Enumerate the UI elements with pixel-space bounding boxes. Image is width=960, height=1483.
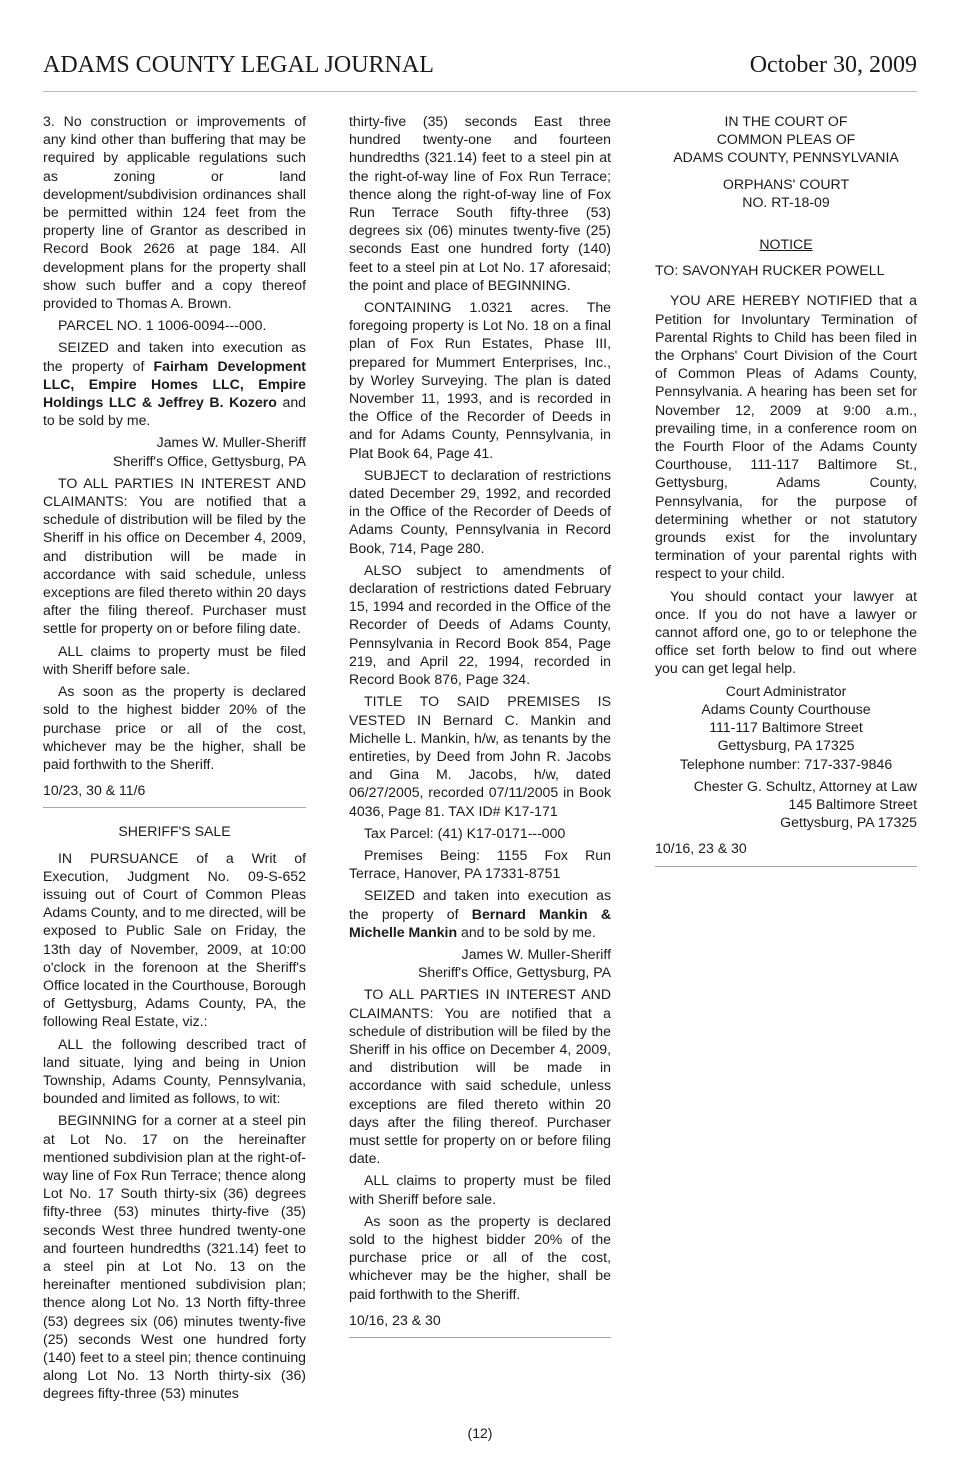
column-2: thirty-five (35) seconds East three hund… <box>349 112 611 1352</box>
seized-paragraph: SEIZED and taken into execution as the p… <box>349 886 611 941</box>
court-heading-line-1: IN THE COURT OF <box>655 112 917 130</box>
title-vested-paragraph: TITLE TO SAID PREMISES IS VESTED IN Bern… <box>349 692 611 819</box>
section-divider <box>349 1337 611 1338</box>
attorney-name: Chester G. Schultz, Attorney at Law <box>655 777 917 795</box>
admin-line-4: Gettysburg, PA 17325 <box>655 736 917 754</box>
journal-header: ADAMS COUNTY LEGAL JOURNAL October 30, 2… <box>43 52 917 84</box>
notice-heading: NOTICE <box>655 235 917 253</box>
sheriff-signature-office: Sheriff's Office, Gettysburg, PA <box>43 452 306 470</box>
column-1: 3. No construction or improvements of an… <box>43 112 306 1407</box>
journal-title: ADAMS COUNTY LEGAL JOURNAL <box>43 52 434 79</box>
publication-dates: 10/16, 23 & 30 <box>655 839 917 857</box>
section-divider <box>43 807 306 808</box>
publication-dates: 10/16, 23 & 30 <box>349 1311 611 1329</box>
notice-recipient: TO: SAVONYAH RUCKER POWELL <box>655 261 917 279</box>
notified-paragraph: YOU ARE HEREBY NOTIFIED that a Petition … <box>655 291 917 582</box>
restriction-paragraph: 3. No construction or improvements of an… <box>43 112 306 312</box>
section-divider <box>655 866 917 867</box>
boundary-continued-paragraph: thirty-five (35) seconds East three hund… <box>349 112 611 294</box>
to-all-parties-paragraph: TO ALL PARTIES IN INTEREST AND CLAIMANTS… <box>43 474 306 638</box>
publication-dates: 10/23, 30 & 11/6 <box>43 781 306 799</box>
parcel-number: PARCEL NO. 1 1006-0094---000. <box>43 316 306 334</box>
attorney-street: 145 Baltimore Street <box>655 795 917 813</box>
also-subject-paragraph: ALSO subject to amendments of declaratio… <box>349 561 611 688</box>
all-claims-paragraph: ALL claims to property must be filed wit… <box>349 1171 611 1207</box>
sheriff-signature-name: James W. Muller-Sheriff <box>349 945 611 963</box>
orphans-court-line-2: NO. RT-18-09 <box>655 193 917 211</box>
court-heading-line-2: COMMON PLEAS OF <box>655 130 917 148</box>
premises-paragraph: Premises Being: 1155 Fox Run Terrace, Ha… <box>349 846 611 882</box>
sheriffs-sale-heading: SHERIFF'S SALE <box>43 822 306 840</box>
spacer <box>655 211 917 235</box>
to-all-parties-paragraph: TO ALL PARTIES IN INTEREST AND CLAIMANTS… <box>349 985 611 1167</box>
admin-line-2: Adams County Courthouse <box>655 700 917 718</box>
spacer <box>655 167 917 175</box>
subject-paragraph: SUBJECT to declaration of restrictions d… <box>349 466 611 557</box>
admin-telephone: Telephone number: 717-337-9846 <box>655 755 917 773</box>
issue-date: October 30, 2009 <box>750 52 917 79</box>
page-number: (12) <box>0 1425 960 1441</box>
pursuance-paragraph: IN PURSUANCE of a Writ of Execution, Jud… <box>43 849 306 1031</box>
column-3: IN THE COURT OF COMMON PLEAS OF ADAMS CO… <box>655 112 917 881</box>
beginning-paragraph: BEGINNING for a corner at a steel pin at… <box>43 1111 306 1402</box>
attorney-city: Gettysburg, PA 17325 <box>655 813 917 831</box>
spacer <box>655 253 917 261</box>
as-soon-paragraph: As soon as the property is declared sold… <box>349 1212 611 1303</box>
sheriff-signature-office: Sheriff's Office, Gettysburg, PA <box>349 963 611 981</box>
admin-line-1: Court Administrator <box>655 682 917 700</box>
contact-lawyer-paragraph: You should contact your lawyer at once. … <box>655 587 917 678</box>
tract-paragraph: ALL the following described tract of lan… <box>43 1035 306 1108</box>
spacer <box>655 283 917 291</box>
all-claims-paragraph: ALL claims to property must be filed wit… <box>43 642 306 678</box>
containing-paragraph: CONTAINING 1.0321 acres. The foregoing p… <box>349 298 611 462</box>
sheriff-signature-name: James W. Muller-Sheriff <box>43 433 306 451</box>
orphans-court-line-1: ORPHANS' COURT <box>655 175 917 193</box>
admin-line-3: 111-117 Baltimore Street <box>655 718 917 736</box>
as-soon-paragraph: As soon as the property is declared sold… <box>43 682 306 773</box>
court-heading-line-3: ADAMS COUNTY, PENNSYLVANIA <box>655 148 917 166</box>
seized-paragraph: SEIZED and taken into execution as the p… <box>43 338 306 429</box>
seized-suffix: and to be sold by me. <box>457 924 596 940</box>
notice-heading-text: NOTICE <box>759 236 812 252</box>
header-divider <box>43 91 917 92</box>
tax-parcel: Tax Parcel: (41) K17-0171---000 <box>349 824 611 842</box>
